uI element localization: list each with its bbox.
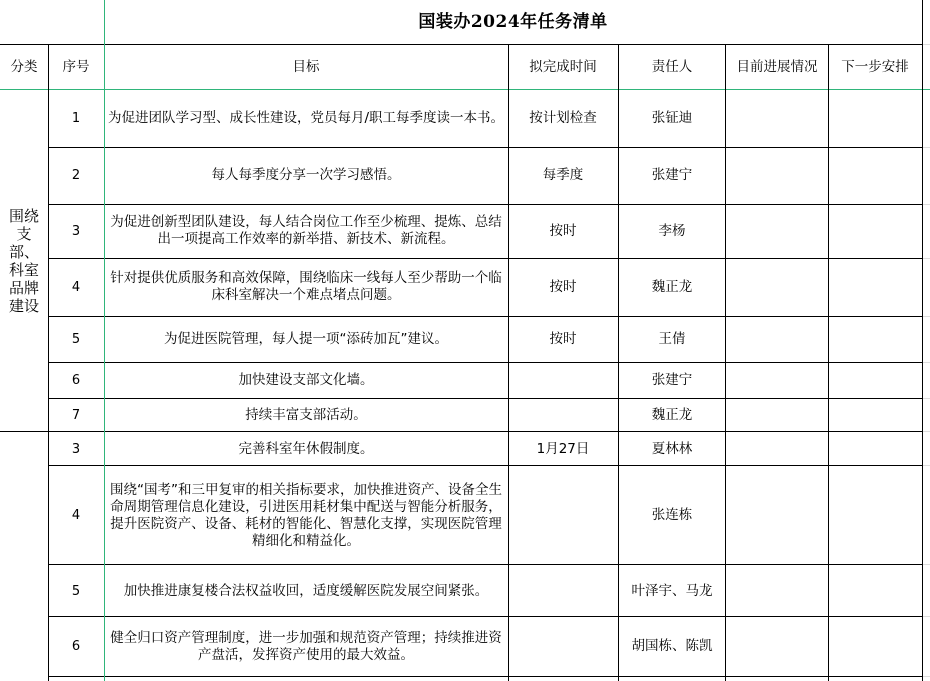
grid-line [923, 147, 930, 148]
owner-cell[interactable]: 胡国栋、陈凯 [618, 617, 726, 676]
grid-line [48, 316, 922, 317]
progress-cell[interactable] [726, 362, 828, 398]
grid-line [48, 676, 922, 677]
owner-cell[interactable]: 张建宁 [618, 362, 726, 398]
seq-cell[interactable]: 6 [48, 362, 104, 398]
grid-line [923, 616, 930, 617]
seq-cell[interactable]: 2 [48, 147, 104, 204]
grid-line [923, 398, 930, 399]
grid-line [923, 258, 930, 259]
header-seq[interactable]: 序号 [48, 44, 104, 90]
header-progress[interactable]: 目前进展情况 [726, 44, 828, 90]
goal-cell[interactable]: 为促进医院管理，每人提一项“添砖加瓦”建议。 [104, 316, 508, 362]
header-owner[interactable]: 责任人 [618, 44, 726, 90]
grid-line [48, 564, 922, 565]
frozen-pane-line [0, 89, 930, 90]
frozen-pane-line [104, 0, 105, 681]
progress-cell[interactable] [726, 398, 828, 432]
next-step-cell[interactable] [828, 362, 922, 398]
next-step-cell[interactable] [828, 466, 922, 565]
next-step-cell[interactable] [828, 258, 922, 316]
header-next-step[interactable]: 下一步安排 [828, 44, 922, 90]
grid-line [48, 204, 922, 205]
progress-cell[interactable] [726, 147, 828, 204]
next-step-cell[interactable] [828, 432, 922, 466]
goal-cell[interactable]: 加快建设支部文化墙。 [104, 362, 508, 398]
category-cell[interactable] [0, 432, 48, 681]
grid-line [725, 44, 726, 681]
grid-line [48, 147, 922, 148]
grid-line [922, 0, 923, 681]
seq-cell[interactable]: 4 [48, 258, 104, 316]
grid-line [923, 465, 930, 466]
goal-cell[interactable]: 完善科室年休假制度。 [104, 432, 508, 466]
seq-cell[interactable]: 3 [48, 432, 104, 466]
progress-cell[interactable] [726, 466, 828, 565]
grid-line [48, 258, 922, 259]
next-step-cell[interactable] [828, 204, 922, 258]
seq-cell[interactable]: 7 [48, 398, 104, 432]
grid-line [0, 44, 922, 45]
grid-line [618, 44, 619, 681]
goal-cell[interactable]: 为促进团队学习型、成长性建设，党员每月/职工每季度读一本书。 [104, 90, 508, 147]
owner-cell[interactable]: 魏正龙 [618, 258, 726, 316]
grid-line [923, 431, 930, 432]
grid-line [48, 398, 922, 399]
deadline-cell[interactable]: 按时 [508, 316, 618, 362]
category-cell[interactable]: 围绕支部、科室品牌建设 [0, 90, 48, 432]
grid-line [48, 465, 922, 466]
deadline-cell[interactable]: 按计划检查 [508, 90, 618, 147]
seq-cell[interactable]: 6 [48, 617, 104, 676]
header-goal[interactable]: 目标 [104, 44, 508, 90]
seq-cell[interactable]: 4 [48, 466, 104, 565]
goal-cell[interactable]: 针对提供优质服务和高效保障，围绕临床一线每人至少帮助一个临床科室解决一个难点堵点… [104, 258, 508, 316]
goal-cell[interactable]: 持续丰富支部活动。 [104, 398, 508, 432]
grid-line [923, 564, 930, 565]
goal-cell[interactable]: 围绕“国考”和三甲复审的相关指标要求，加快推进资产、设备全生命周期管理信息化建设… [104, 466, 508, 565]
sheet-title[interactable]: 国装办2024年任务清单 [104, 0, 922, 44]
grid-line [923, 44, 930, 45]
grid-line [0, 431, 922, 432]
deadline-cell[interactable] [508, 565, 618, 617]
next-step-cell[interactable] [828, 147, 922, 204]
deadline-cell[interactable] [508, 617, 618, 676]
progress-cell[interactable] [726, 565, 828, 617]
grid-line [48, 362, 922, 363]
progress-cell[interactable] [726, 204, 828, 258]
deadline-cell[interactable] [508, 362, 618, 398]
progress-cell[interactable] [726, 258, 828, 316]
deadline-cell[interactable] [508, 466, 618, 565]
grid-line [923, 676, 930, 677]
seq-cell[interactable]: 3 [48, 204, 104, 258]
spreadsheet: 国装办2024年任务清单 分类 序号 目标 拟完成时间 责任人 目前进展情况 下… [0, 0, 930, 681]
progress-cell[interactable] [726, 432, 828, 466]
progress-cell[interactable] [726, 316, 828, 362]
owner-cell[interactable]: 李杨 [618, 204, 726, 258]
owner-cell[interactable]: 魏正龙 [618, 398, 726, 432]
owner-cell[interactable]: 张连栋 [618, 466, 726, 565]
header-deadline[interactable]: 拟完成时间 [508, 44, 618, 90]
deadline-cell[interactable]: 1月27日 [508, 432, 618, 466]
goal-cell[interactable]: 为促进创新型团队建设，每人结合岗位工作至少梳理、提炼、总结出一项提高工作效率的新… [104, 204, 508, 258]
goal-cell[interactable]: 每人每季度分享一次学习感悟。 [104, 147, 508, 204]
owner-cell[interactable]: 张建宁 [618, 147, 726, 204]
progress-cell[interactable] [726, 617, 828, 676]
seq-cell[interactable]: 1 [48, 90, 104, 147]
seq-cell[interactable]: 5 [48, 316, 104, 362]
grid-line [508, 44, 509, 681]
next-step-cell[interactable] [828, 90, 922, 147]
next-step-cell[interactable] [828, 565, 922, 617]
deadline-cell[interactable]: 按时 [508, 204, 618, 258]
progress-cell[interactable] [726, 90, 828, 147]
next-step-cell[interactable] [828, 316, 922, 362]
grid-line [48, 616, 922, 617]
grid-line [923, 316, 930, 317]
next-step-cell[interactable] [828, 617, 922, 676]
owner-cell[interactable]: 叶泽宇、马龙 [618, 565, 726, 617]
owner-cell[interactable]: 夏林林 [618, 432, 726, 466]
deadline-cell[interactable] [508, 398, 618, 432]
grid-line [48, 44, 49, 681]
deadline-cell[interactable]: 按时 [508, 258, 618, 316]
header-category[interactable]: 分类 [0, 44, 48, 90]
grid-line [923, 362, 930, 363]
grid-line [923, 204, 930, 205]
next-step-cell[interactable] [828, 398, 922, 432]
grid-line [828, 44, 829, 681]
seq-cell[interactable]: 5 [48, 565, 104, 617]
goal-cell[interactable]: 加快推进康复楼合法权益收回，适度缓解医院发展空间紧张。 [104, 565, 508, 617]
goal-cell[interactable]: 健全归口资产管理制度，进一步加强和规范资产管理；持续推进资产盘活，发挥资产使用的… [104, 617, 508, 676]
owner-cell[interactable]: 张钲迪 [618, 90, 726, 147]
deadline-cell[interactable]: 每季度 [508, 147, 618, 204]
owner-cell[interactable]: 王倩 [618, 316, 726, 362]
